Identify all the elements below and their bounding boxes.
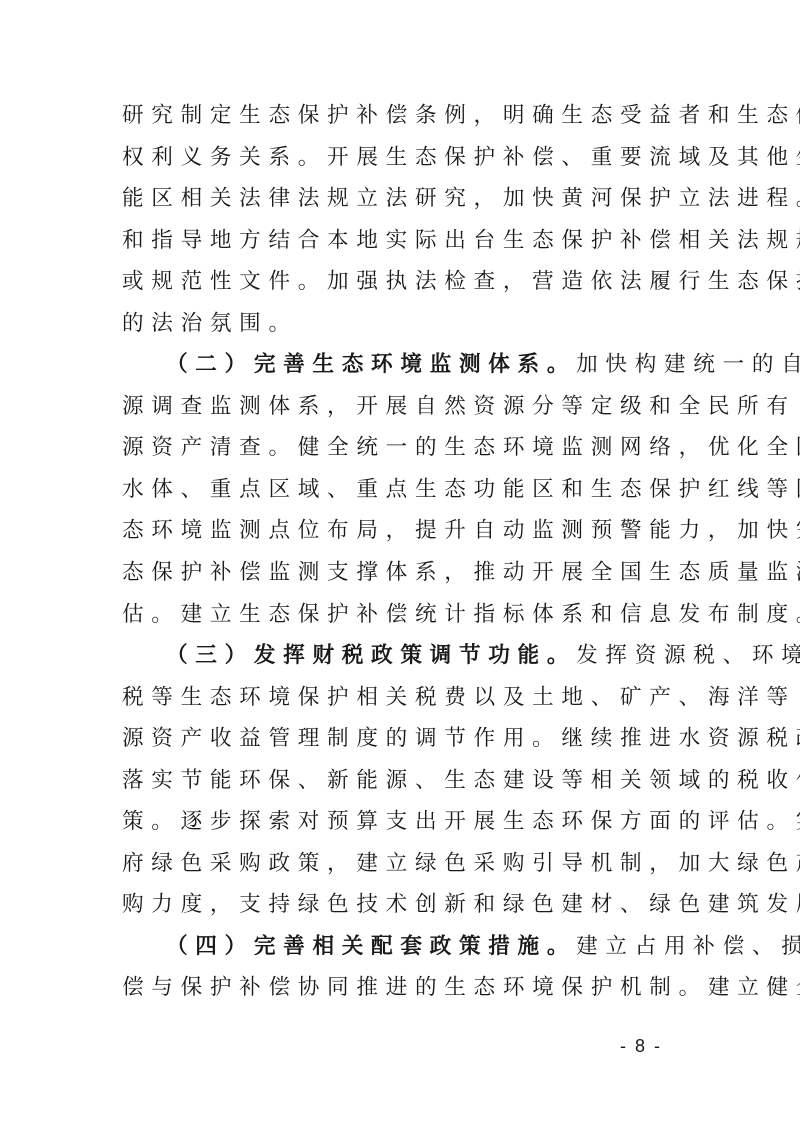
section-heading-line: （二）完善生态环境监测体系。加快构建统一的自然资 <box>122 348 680 390</box>
section-heading-line: （三）发挥财税政策调节功能。发挥资源税、环境保护 <box>122 639 680 681</box>
line-text: 购力度，支持绿色技术创新和绿色建材、绿色建筑发展。 <box>122 892 800 917</box>
line-text: 水体、重点区域、重点生态功能区和生态保护红线等国家生 <box>122 477 800 502</box>
text-line: 策。逐步探索对预算支出开展生态环保方面的评估。实施政 <box>122 805 680 847</box>
text-line: 税等生态环境保护相关税费以及土地、矿产、海洋等自然资 <box>122 681 680 723</box>
line-text: 或规范性文件。加强执法检查，营造依法履行生态保护义务 <box>122 269 800 294</box>
text-line: 或规范性文件。加强执法检查，营造依法履行生态保护义务 <box>122 265 680 307</box>
text-line: 权利义务关系。开展生态保护补偿、重要流域及其他生态功 <box>122 141 680 183</box>
line-text: 的法治氛围。 <box>122 311 298 336</box>
line-text: 和指导地方结合本地实际出台生态保护补偿相关法规规章 <box>122 228 800 253</box>
line-text: 源调查监测体系，开展自然资源分等定级和全民所有自然资 <box>122 394 800 419</box>
line-text: 能区相关法律法规立法研究，加快黄河保护立法进程。鼓励 <box>122 186 800 211</box>
document-page: 研究制定生态保护补偿条例，明确生态受益者和生态保护者 权利义务关系。开展生态保护… <box>0 0 800 1131</box>
line-text: 态环境监测点位布局，提升自动监测预警能力，加快完善生 <box>122 518 800 543</box>
line-text: 态保护补偿监测支撑体系，推动开展全国生态质量监测评 <box>122 560 800 585</box>
section-heading-line: （四）完善相关配套政策措施。建立占用补偿、损害赔 <box>122 930 680 972</box>
line-text: 源资产收益管理制度的调节作用。继续推进水资源税改革。 <box>122 726 800 751</box>
line-text: 建立占用补偿、损害赔 <box>576 934 800 959</box>
section-heading-2: （二）完善生态环境监测体系。 <box>166 352 576 377</box>
line-text: 源资产清查。健全统一的生态环境监测网络，优化全国重要 <box>122 435 800 460</box>
text-line: 购力度，支持绿色技术创新和绿色建材、绿色建筑发展。 <box>122 888 680 930</box>
line-text: 研究制定生态保护补偿条例，明确生态受益者和生态保护者 <box>122 103 800 128</box>
line-text: 估。建立生态保护补偿统计指标体系和信息发布制度。 <box>122 602 800 627</box>
text-line: 落实节能环保、新能源、生态建设等相关领域的税收优惠政 <box>122 764 680 806</box>
text-line: 态保护补偿监测支撑体系，推动开展全国生态质量监测评 <box>122 556 680 598</box>
text-line: 源资产清查。健全统一的生态环境监测网络，优化全国重要 <box>122 431 680 473</box>
text-line: 府绿色采购政策，建立绿色采购引导机制，加大绿色产品采 <box>122 847 680 889</box>
text-line: 能区相关法律法规立法研究，加快黄河保护立法进程。鼓励 <box>122 182 680 224</box>
text-line: 偿与保护补偿协同推进的生态环境保护机制。建立健全依法 <box>122 971 680 1013</box>
text-line: 估。建立生态保护补偿统计指标体系和信息发布制度。 <box>122 598 680 640</box>
text-line: 态环境监测点位布局，提升自动监测预警能力，加快完善生 <box>122 514 680 556</box>
text-line: 和指导地方结合本地实际出台生态保护补偿相关法规规章 <box>122 224 680 266</box>
line-text: 策。逐步探索对预算支出开展生态环保方面的评估。实施政 <box>122 809 800 834</box>
line-text: 加快构建统一的自然资 <box>576 352 800 377</box>
document-body: 研究制定生态保护补偿条例，明确生态受益者和生态保护者 权利义务关系。开展生态保护… <box>122 99 680 1013</box>
line-text: 偿与保护补偿协同推进的生态环境保护机制。建立健全依法 <box>122 975 800 1000</box>
line-text: 税等生态环境保护相关税费以及土地、矿产、海洋等自然资 <box>122 685 800 710</box>
text-line: 水体、重点区域、重点生态功能区和生态保护红线等国家生 <box>122 473 680 515</box>
line-text: 府绿色采购政策，建立绿色采购引导机制，加大绿色产品采 <box>122 851 800 876</box>
line-text: 落实节能环保、新能源、生态建设等相关领域的税收优惠政 <box>122 768 800 793</box>
text-line: 源调查监测体系，开展自然资源分等定级和全民所有自然资 <box>122 390 680 432</box>
text-line: 的法治氛围。 <box>122 307 680 349</box>
page-number: - 8 - <box>620 1036 662 1057</box>
text-line: 源资产收益管理制度的调节作用。继续推进水资源税改革。 <box>122 722 680 764</box>
line-text: 发挥资源税、环境保护 <box>576 643 800 668</box>
section-heading-4: （四）完善相关配套政策措施。 <box>166 934 576 959</box>
text-line: 研究制定生态保护补偿条例，明确生态受益者和生态保护者 <box>122 99 680 141</box>
line-text: 权利义务关系。开展生态保护补偿、重要流域及其他生态功 <box>122 145 800 170</box>
section-heading-3: （三）发挥财税政策调节功能。 <box>166 643 576 668</box>
